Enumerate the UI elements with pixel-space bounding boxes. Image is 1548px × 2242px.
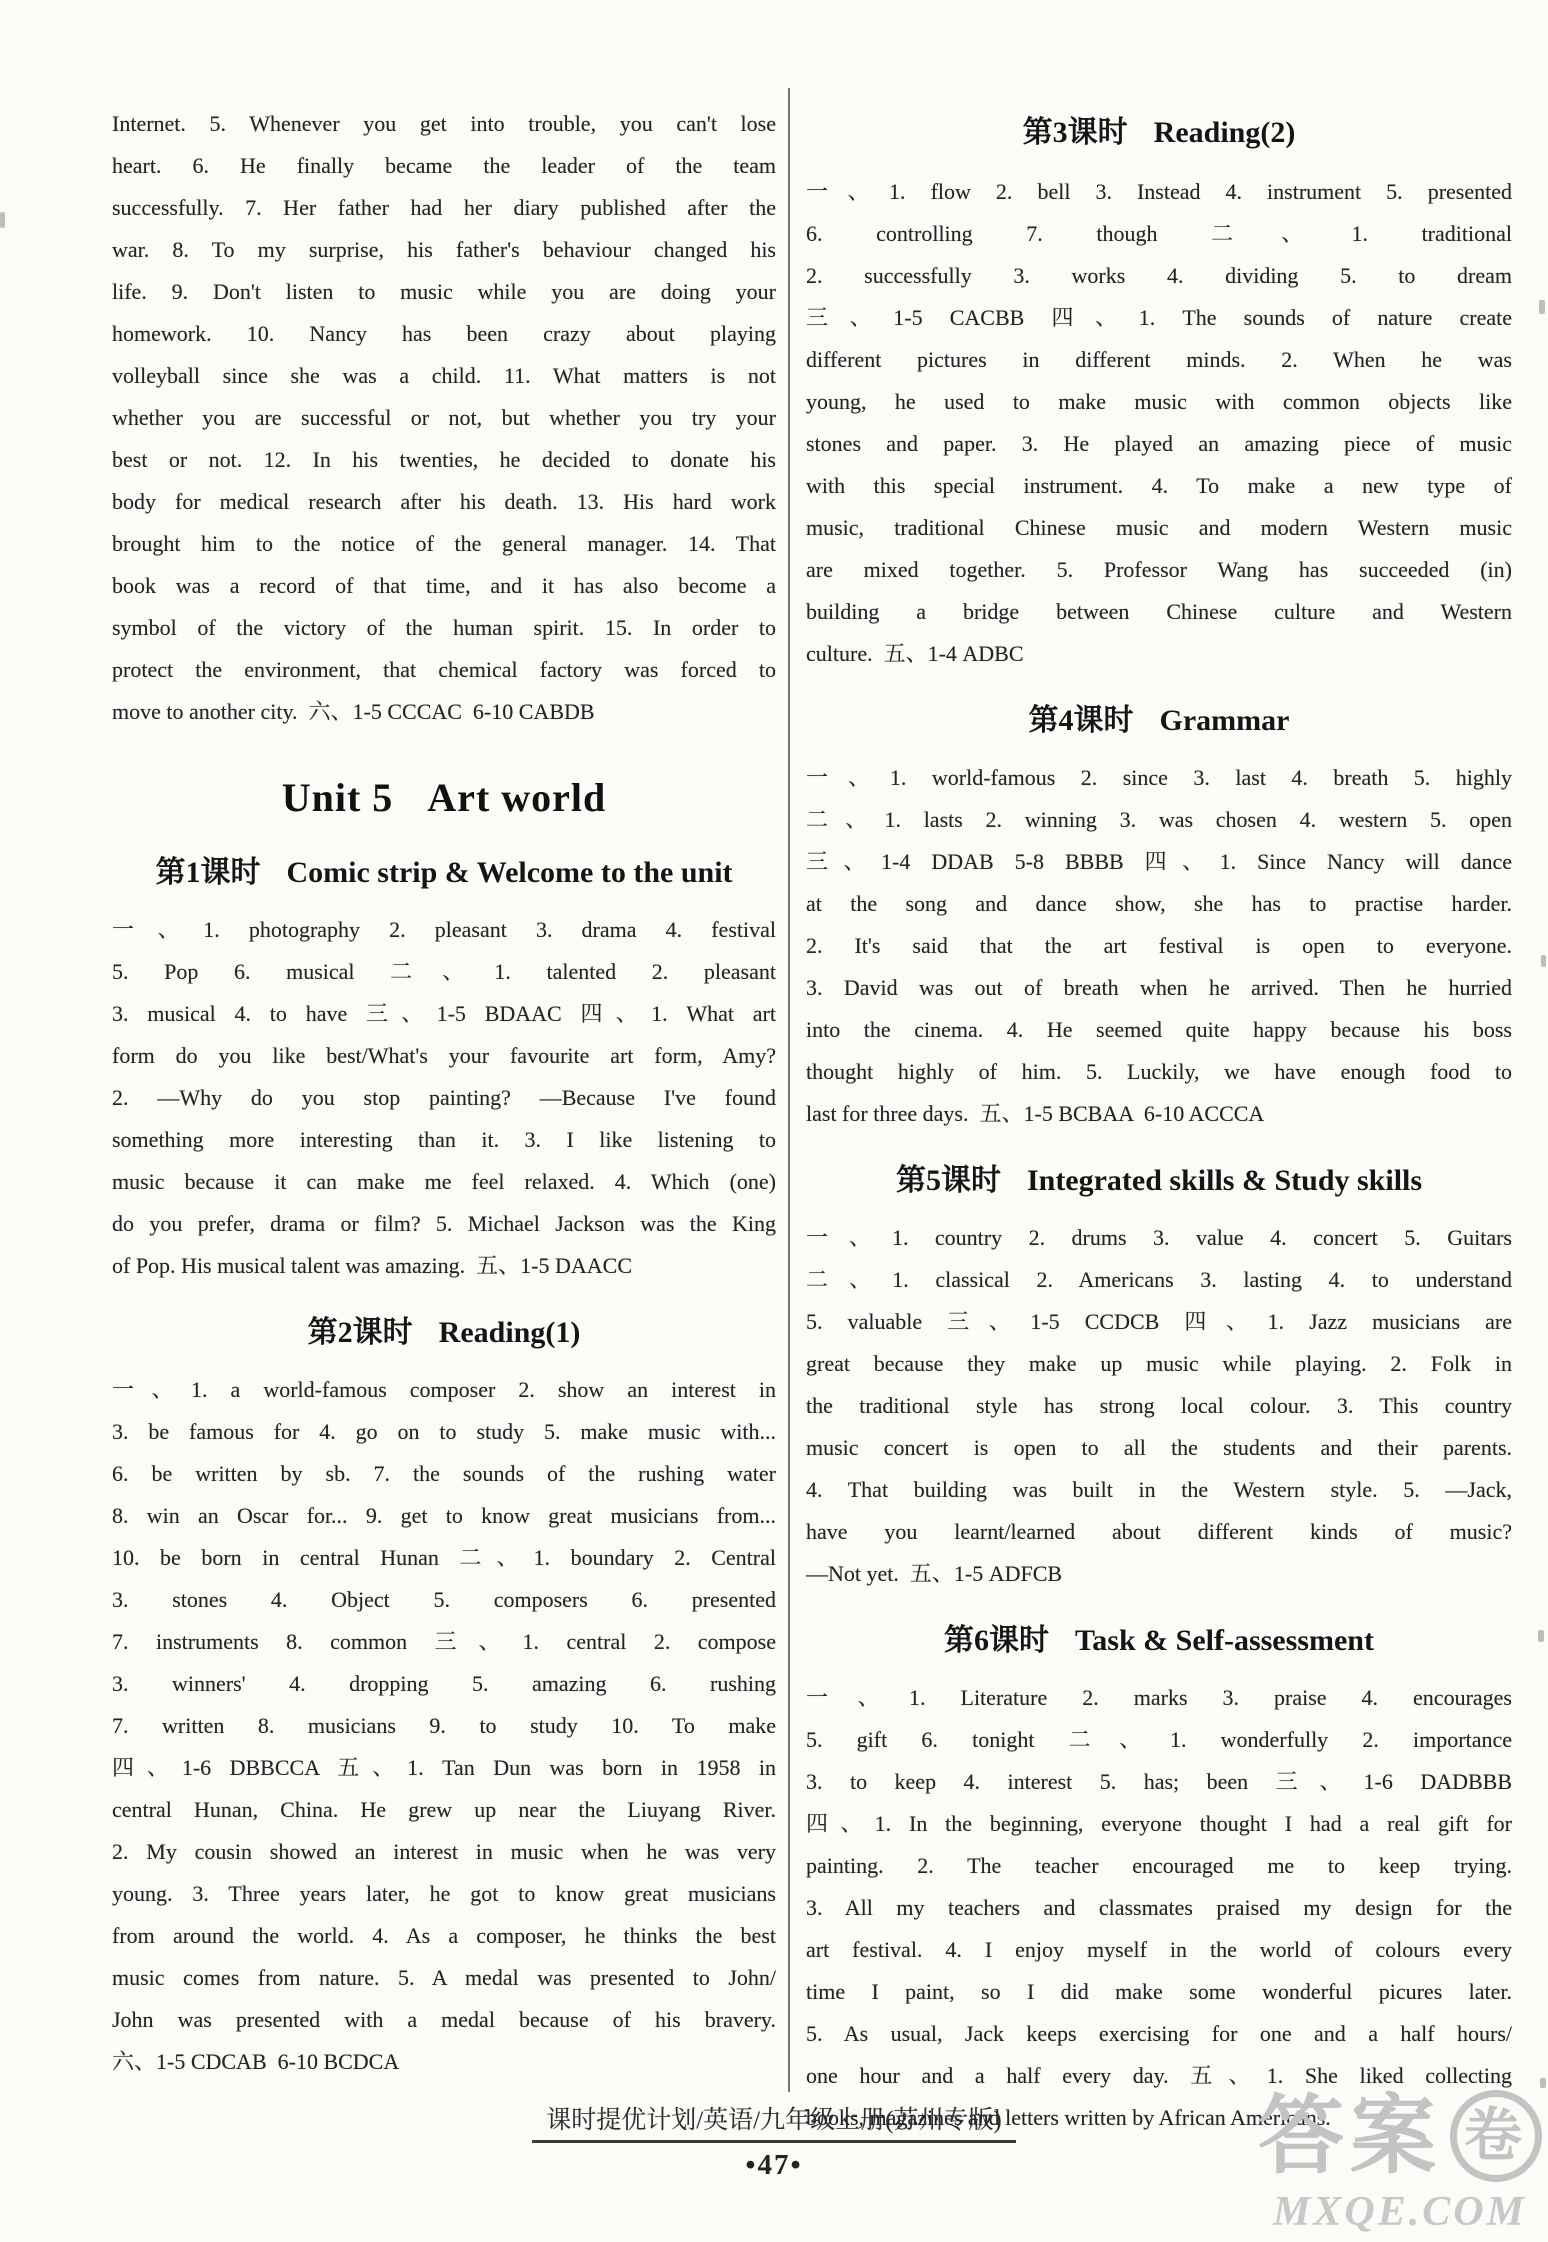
text-line: whether you are successful or not, but w… <box>112 397 776 439</box>
unit-number: Unit 5 <box>282 775 394 820</box>
answer-line: young, he used to make music with common… <box>806 381 1512 423</box>
section-heading-en: Comic strip & Welcome to the unit <box>286 856 732 889</box>
answer-line: 5. gift 6. tonight 二、1. wonderfully 2. i… <box>806 1719 1512 1761</box>
answer-line: 3. winners' 4. dropping 5. amazing 6. ru… <box>112 1663 776 1705</box>
section-heading: 第3课时Reading(2) <box>806 111 1512 155</box>
text-line: symbol of the victory of the human spiri… <box>112 607 776 649</box>
left-sections: 第1课时Comic strip & Welcome to the unit一、1… <box>112 851 776 2083</box>
answer-line: 8. win an Oscar for... 9. get to know gr… <box>112 1495 776 1537</box>
answer-line: —Not yet. 五、1-5 ADFCB <box>806 1553 1512 1595</box>
section-heading: 第1课时Comic strip & Welcome to the unit <box>112 851 776 895</box>
answer-line: have you learnt/learned about different … <box>806 1511 1512 1553</box>
answer-line: 2. It's said that the art festival is op… <box>806 925 1512 967</box>
section-heading-en: Reading(2) <box>1154 116 1296 149</box>
text-line: homework. 10. Nancy has been crazy about… <box>112 313 776 355</box>
answer-line: 3. stones 4. Object 5. composers 6. pres… <box>112 1579 776 1621</box>
answer-line: thought highly of him. 5. Luckily, we ha… <box>806 1051 1512 1093</box>
answer-line: 一、1. flow 2. bell 3. Instead 4. instrume… <box>806 171 1512 213</box>
continuation-text: Internet. 5. Whenever you get into troub… <box>112 103 776 733</box>
page: Internet. 5. Whenever you get into troub… <box>0 0 1548 2242</box>
answer-line: 4. That building was built in the Wester… <box>806 1469 1512 1511</box>
watermark: 答案卷 MXQE.COM <box>1258 2086 1542 2236</box>
section-heading-cn: 第2课时 <box>308 1316 413 1349</box>
answer-line: 3. to keep 4. interest 5. has; been 三、1-… <box>806 1761 1512 1803</box>
answer-line: 三、1-5 CACBB 四、1. The sounds of nature cr… <box>806 297 1512 339</box>
answer-line: time I paint, so I did make some wonderf… <box>806 1971 1512 2013</box>
answer-line: 7. instruments 8. common 三、1. central 2.… <box>112 1621 776 1663</box>
answer-line: 6. be written by sb. 7. the sounds of th… <box>112 1453 776 1495</box>
answer-line: 二、1. classical 2. Americans 3. lasting 4… <box>806 1259 1512 1301</box>
answer-line: John was presented with a medal because … <box>112 1999 776 2041</box>
answer-line: 四、1-6 DBBCCA 五、1. Tan Dun was born in 19… <box>112 1747 776 1789</box>
answer-line: 2. successfully 3. works 4. dividing 5. … <box>806 255 1512 297</box>
footer-book-label: 课时提优计划/英语/九年级上册(苏州专版) <box>532 2106 1016 2143</box>
answer-line: 六、1-5 CDCAB 6-10 BCDCA <box>112 2041 776 2083</box>
answer-line: are mixed together. 5. Professor Wang ha… <box>806 549 1512 591</box>
answer-line: 3. musical 4. to have 三、1-5 BDAAC 四、1. W… <box>112 993 776 1035</box>
section-heading-cn: 第4课时 <box>1029 704 1134 737</box>
left-column: Internet. 5. Whenever you get into troub… <box>112 103 776 2083</box>
answer-line: painting. 2. The teacher encouraged me t… <box>806 1845 1512 1887</box>
answer-line: into the cinema. 4. He seemed quite happ… <box>806 1009 1512 1051</box>
answer-line: music concert is open to all the student… <box>806 1427 1512 1469</box>
text-line: successfully. 7. Her father had her diar… <box>112 187 776 229</box>
text-line: brought him to the notice of the general… <box>112 523 776 565</box>
section-heading-cn: 第3课时 <box>1023 116 1128 149</box>
section-heading-en: Task & Self-assessment <box>1075 1624 1374 1657</box>
section-heading-cn: 第5课时 <box>896 1164 1001 1197</box>
unit-heading: Unit 5Art world <box>112 771 776 825</box>
scan-speck <box>1541 955 1546 967</box>
section-heading: 第2课时Reading(1) <box>112 1311 776 1355</box>
watermark-text: 答案卷 <box>1258 2086 1542 2186</box>
answer-line: 一、1. world-famous 2. since 3. last 4. br… <box>806 757 1512 799</box>
text-line: best or not. 12. In his twenties, he dec… <box>112 439 776 481</box>
section-heading: 第4课时Grammar <box>806 699 1512 743</box>
answer-line: 3. David was out of breath when he arriv… <box>806 967 1512 1009</box>
answer-line: last for three days. 五、1-5 BCBAA 6-10 AC… <box>806 1093 1512 1135</box>
right-sections: 第3课时Reading(2)一、1. flow 2. bell 3. Inste… <box>806 111 1512 2139</box>
answer-line: music because it can make me feel relaxe… <box>112 1161 776 1203</box>
section-heading-en: Integrated skills & Study skills <box>1027 1164 1422 1197</box>
answer-line: with this special instrument. 4. To make… <box>806 465 1512 507</box>
answer-line: something more interesting than it. 3. I… <box>112 1119 776 1161</box>
answer-line: 3. All my teachers and classmates praise… <box>806 1887 1512 1929</box>
text-line: move to another city. 六、1-5 CCCAC 6-10 C… <box>112 691 776 733</box>
answer-line: 一、1. a world-famous composer 2. show an … <box>112 1369 776 1411</box>
watermark-site: MXQE.COM <box>1258 2188 1542 2236</box>
answer-line: 一、1. country 2. drums 3. value 4. concer… <box>806 1217 1512 1259</box>
answer-line: stones and paper. 3. He played an amazin… <box>806 423 1512 465</box>
unit-title: Art world <box>427 775 606 820</box>
section-heading-cn: 第1课时 <box>155 856 260 889</box>
answer-line: 5. valuable 三、1-5 CCDCB 四、1. Jazz musici… <box>806 1301 1512 1343</box>
section-heading-en: Grammar <box>1160 704 1290 737</box>
answer-line: different pictures in different minds. 2… <box>806 339 1512 381</box>
section-heading: 第5课时Integrated skills & Study skills <box>806 1159 1512 1203</box>
answer-line: 四、1. In the beginning, everyone thought … <box>806 1803 1512 1845</box>
answer-line: 2. My cousin showed an interest in music… <box>112 1831 776 1873</box>
answer-line: at the song and dance show, she has to p… <box>806 883 1512 925</box>
answer-line: culture. 五、1-4 ADBC <box>806 633 1512 675</box>
watermark-circle-icon: 卷 <box>1450 2090 1542 2182</box>
answer-line: great because they make up music while p… <box>806 1343 1512 1385</box>
answer-line: art festival. 4. I enjoy myself in the w… <box>806 1929 1512 1971</box>
answer-line: 6. controlling 7. though 二、1. traditiona… <box>806 213 1512 255</box>
text-line: book was a record of that time, and it h… <box>112 565 776 607</box>
answer-line: 一、1. Literature 2. marks 3. praise 4. en… <box>806 1677 1512 1719</box>
text-line: body for medical research after his deat… <box>112 481 776 523</box>
text-line: war. 8. To my surprise, his father's beh… <box>112 229 776 271</box>
answer-line: 三、1-4 DDAB 5-8 BBBB 四、1. Since Nancy wil… <box>806 841 1512 883</box>
answer-line: 二、1. lasts 2. winning 3. was chosen 4. w… <box>806 799 1512 841</box>
answer-line: music, traditional Chinese music and mod… <box>806 507 1512 549</box>
section-heading: 第6课时Task & Self-assessment <box>806 1619 1512 1663</box>
answer-line: central Hunan, China. He grew up near th… <box>112 1789 776 1831</box>
answer-line: building a bridge between Chinese cultur… <box>806 591 1512 633</box>
text-line: life. 9. Don't listen to music while you… <box>112 271 776 313</box>
answer-line: 2. —Why do you stop painting? —Because I… <box>112 1077 776 1119</box>
answer-line: 7. written 8. musicians 9. to study 10. … <box>112 1705 776 1747</box>
scan-speck <box>1538 1630 1544 1642</box>
answer-line: 一、1. photography 2. pleasant 3. drama 4.… <box>112 909 776 951</box>
answer-line: 5. Pop 6. musical 二、1. talented 2. pleas… <box>112 951 776 993</box>
scan-speck <box>1539 300 1545 314</box>
answer-line: of Pop. His musical talent was amazing. … <box>112 1245 776 1287</box>
answer-line: young. 3. Three years later, he got to k… <box>112 1873 776 1915</box>
scan-speck <box>1540 2078 1546 2088</box>
scan-speck <box>0 212 5 228</box>
answer-line: 5. As usual, Jack keeps exercising for o… <box>806 2013 1512 2055</box>
answer-line: the traditional style has strong local c… <box>806 1385 1512 1427</box>
section-heading-cn: 第6课时 <box>944 1624 1049 1657</box>
right-column: 第3课时Reading(2)一、1. flow 2. bell 3. Inste… <box>806 103 1512 2139</box>
answer-line: form do you like best/What's your favour… <box>112 1035 776 1077</box>
section-heading-en: Reading(1) <box>439 1316 581 1349</box>
column-divider <box>788 88 790 2092</box>
answer-line: 3. be famous for 4. go on to study 5. ma… <box>112 1411 776 1453</box>
answer-line: 10. be born in central Hunan 二、1. bounda… <box>112 1537 776 1579</box>
text-line: heart. 6. He finally became the leader o… <box>112 145 776 187</box>
text-line: protect the environment, that chemical f… <box>112 649 776 691</box>
text-line: Internet. 5. Whenever you get into troub… <box>112 103 776 145</box>
answer-line: do you prefer, drama or film? 5. Michael… <box>112 1203 776 1245</box>
answer-line: music comes from nature. 5. A medal was … <box>112 1957 776 1999</box>
text-line: volleyball since she was a child. 11. Wh… <box>112 355 776 397</box>
answer-line: from around the world. 4. As a composer,… <box>112 1915 776 1957</box>
